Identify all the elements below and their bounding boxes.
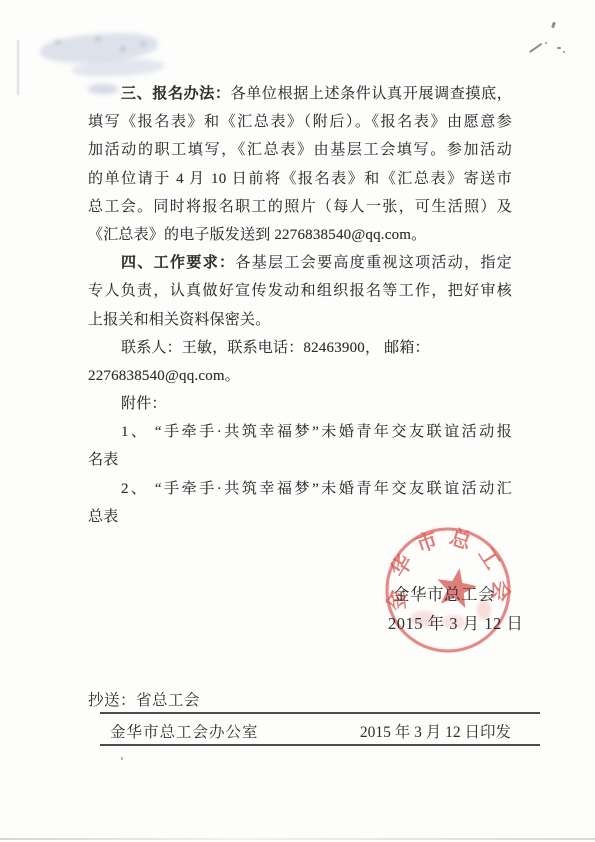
contact-email-line: 2276838540@qq.com。 [88,362,512,390]
para1-line: 《汇总表》的电子版发送到 2276838540@qq.com。 [88,221,512,249]
footer-divider-top [100,712,540,714]
para1-text: 各单位根据上述条件认真开展调查摸底， [231,86,512,102]
ink-speckle [56,40,60,44]
scan-speck [545,42,547,44]
scan-edge-streak [17,40,19,95]
para2-text: 各基层工会要高度重视这项活动，指定 [235,255,512,271]
scan-speck [121,757,123,760]
para1-line: 的单位请于 4 月 10 日前将《报名表》和《汇总表》寄送市 [88,165,512,193]
para2-line: 四、工作要求：各基层工会要高度重视这项活动，指定 [88,249,512,277]
para1-line: 三、报名办法：各单位根据上述条件认真开展调查摸底， [88,80,512,108]
print-date: 2015 年 3 月 12 日印发 [360,720,511,742]
para2-heading: 四、工作要求： [121,255,235,271]
ink-speckle [141,42,145,46]
issuing-office: 金华市总工会办公室 [110,720,259,742]
attachment-item-1: 1、 “手牵手·共筑幸福梦”未婚青年交友联谊活动报 [88,418,512,446]
para1-line: 总工会。同时将报名职工的照片（每人一张，可生活照）及 [88,193,512,221]
ink-speckle [121,47,125,51]
ink-speckle [96,37,100,41]
para1-line: 填写《报名表》和《汇总表》（附后）。《报名表》由愿意参 [88,108,512,136]
para1-line: 加活动的职工填写，《汇总表》由基层工会填写。参加活动 [88,136,512,164]
attachments-label: 附件： [88,390,512,418]
para1-heading: 三、报名办法： [121,86,231,102]
signature-date: 2015 年 3 月 12 日 [388,610,523,634]
footer-divider-bottom [100,744,540,746]
signature-org: 金华市总工会 [393,581,495,605]
scanned-document-page: 三、报名办法：各单位根据上述条件认真开展调查摸底， 填写《报名表》和《汇总表》（… [0,0,595,842]
document-body: 三、报名办法：各单位根据上述条件认真开展调查摸底， 填写《报名表》和《汇总表》（… [88,80,512,531]
para2-line: 专人负责，认真做好宣传发动和组织报名等工作，把好审核 [88,277,512,305]
para2-line: 上报关和相关资料保密关。 [88,306,512,334]
scan-speck [529,43,542,53]
scan-bottom-edge [0,838,595,840]
attachment-item-1-cont: 名表 [88,446,512,474]
scan-speck [551,22,556,29]
cc-line: 抄送：省总工会 [88,688,200,710]
scan-speck [557,47,561,49]
scan-speck [563,51,565,53]
contact-line: 联系人：王敏，联系电话：82463900， 邮箱： [88,334,512,362]
attachment-item-2: 2、 “手牵手·共筑幸福梦”未婚青年交友联谊活动汇 [88,475,512,503]
